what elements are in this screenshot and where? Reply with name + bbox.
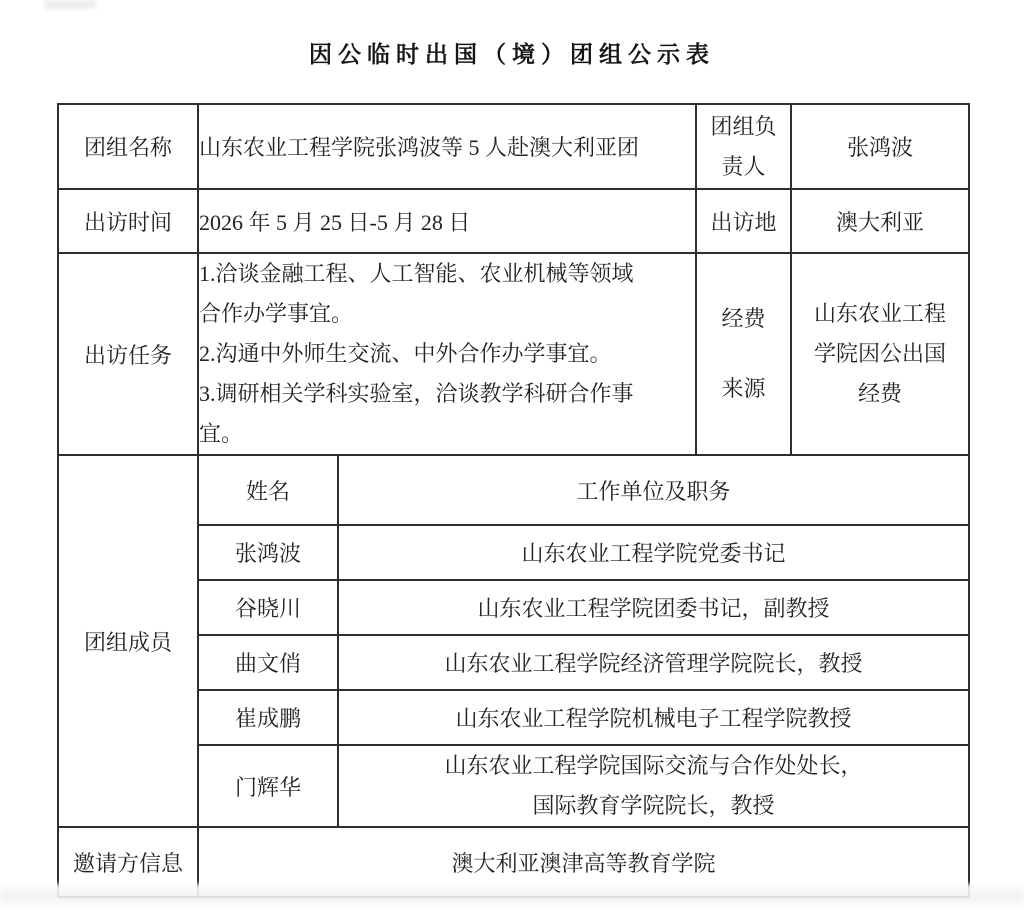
member-name: 曲文俏	[198, 635, 338, 690]
task-item-1: 1.洽谈金融工程、人工智能、农业机械等领域 合作办学事宜。	[199, 254, 695, 334]
row-visit-time: 出访时间 2026 年 5 月 25 日-5 月 28 日 出访地 澳大利亚	[58, 189, 969, 253]
member-position: 山东农业工程学院党委书记	[338, 525, 969, 580]
destination-value: 澳大利亚	[791, 189, 969, 253]
member-position: 山东农业工程学院机械电子工程学院教授	[338, 690, 969, 745]
tasks-label: 出访任务	[58, 253, 198, 455]
member-name: 崔成鹏	[198, 690, 338, 745]
destination-label: 出访地	[696, 189, 791, 253]
row-tasks: 出访任务 1.洽谈金融工程、人工智能、农业机械等领域 合作办学事宜。 2.沟通中…	[58, 253, 969, 455]
task-item-2: 2.沟通中外师生交流、中外合作办学事宜。	[199, 334, 695, 374]
group-name-value: 山东农业工程学院张鸿波等 5 人赴澳大利亚团	[198, 104, 696, 189]
funding-label: 经费 来源	[696, 253, 791, 455]
document-page: 因公临时出国（境）团组公示表 团组名称 山东农业工程学院张鸿波等 5 人赴澳大利…	[0, 0, 1024, 914]
row-members-header: 团组成员 姓名 工作单位及职务	[58, 455, 969, 525]
member-name: 谷晓川	[198, 580, 338, 635]
members-label: 团组成员	[58, 455, 198, 827]
leader-label: 团组负 责人	[696, 104, 791, 189]
task-item-3: 3.调研相关学科实验室，洽谈教学科研合作事 宜。	[199, 374, 695, 454]
page-title: 因公临时出国（境）团组公示表	[0, 36, 1024, 69]
member-position: 山东农业工程学院国际交流与合作处处长， 国际教育学院院长，教授	[338, 745, 969, 827]
leader-value: 张鸿波	[791, 104, 969, 189]
funding-value: 山东农业工程 学院因公出国 经费	[791, 253, 969, 455]
member-name: 门辉华	[198, 745, 338, 827]
member-position: 山东农业工程学院经济管理学院院长，教授	[338, 635, 969, 690]
tasks-value: 1.洽谈金融工程、人工智能、农业机械等领域 合作办学事宜。 2.沟通中外师生交流…	[198, 253, 696, 455]
member-name: 张鸿波	[198, 525, 338, 580]
visit-time-label: 出访时间	[58, 189, 198, 253]
members-header-position: 工作单位及职务	[338, 455, 969, 525]
members-header-name: 姓名	[198, 455, 338, 525]
visit-time-value: 2026 年 5 月 25 日-5 月 28 日	[198, 189, 696, 253]
group-name-label: 团组名称	[58, 104, 198, 189]
scan-artifact-top	[44, 0, 96, 9]
row-group-name: 团组名称 山东农业工程学院张鸿波等 5 人赴澳大利亚团 团组负 责人 张鸿波	[58, 104, 969, 189]
member-position: 山东农业工程学院团委书记，副教授	[338, 580, 969, 635]
scan-artifact-bottom	[0, 884, 1024, 906]
notice-table: 团组名称 山东农业工程学院张鸿波等 5 人赴澳大利亚团 团组负 责人 张鸿波 出…	[57, 103, 970, 898]
